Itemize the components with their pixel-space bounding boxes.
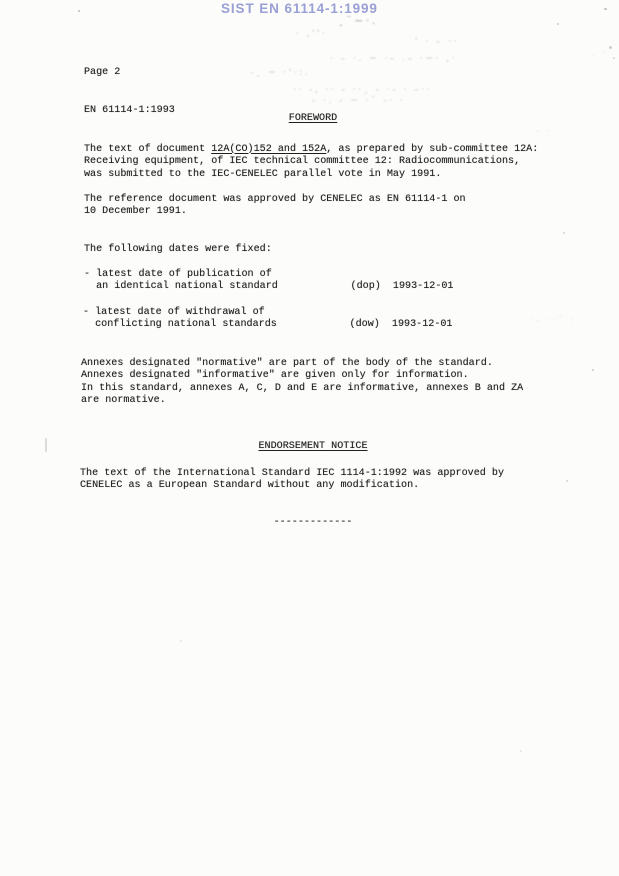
foreword-paragraph-2: The reference document was approved by C… xyxy=(84,194,466,219)
foreword-paragraph-1-line-1: The text of document 12A(CO)152 and 152A… xyxy=(84,144,538,157)
scanned-document-page: SIST EN 61114-1:1999 · ‚''· ¸¨~·. ' · – … xyxy=(0,0,619,876)
scan-noise: · ‚''· xyxy=(296,29,327,39)
dates-intro: The following dates were fixed: xyxy=(84,244,272,257)
scan-noise: · · xyxy=(536,127,552,137)
scan-speck xyxy=(592,369,594,371)
p1-prefix: The text of document xyxy=(84,144,211,155)
scan-noise: - ·. - ~ ·¨ -· · xyxy=(312,96,405,106)
scan-speck xyxy=(604,8,607,10)
endorsement-paragraph: The text of the International Standard I… xyxy=(80,468,504,493)
scan-noise: ·- ··¨ · xyxy=(531,316,576,326)
document-reference: 12A(CO)152 and 152A xyxy=(211,144,326,155)
scan-noise: ·· -, ·· - ··¸ - ·- · –·· xyxy=(293,85,432,95)
p1-suffix: , as prepared by sub-committee 12A: xyxy=(326,144,538,155)
dow-item: - latest date of withdrawal of conflicti… xyxy=(83,307,453,332)
endorsement-title: ENDORSEMENT NOTICE xyxy=(258,441,367,452)
endorsement-heading-row: ENDORSEMENT NOTICE xyxy=(0,435,619,454)
separator-row: ------------- xyxy=(0,511,619,530)
page-header: Page 2 EN 61114-1:1993 xyxy=(84,42,175,143)
foreword-title: FOREWORD xyxy=(289,113,337,124)
scan-noise: . · xyxy=(592,49,608,59)
scan-speck xyxy=(180,640,182,642)
scan-speck xyxy=(557,23,559,25)
scan-speck xyxy=(78,10,80,12)
foreword-heading-row: FOREWORD xyxy=(0,107,619,126)
scan-speck xyxy=(520,750,522,752)
dop-item: - latest date of publication of an ident… xyxy=(84,269,454,294)
page-number: Page 2 xyxy=(84,67,175,80)
scan-speck xyxy=(613,57,615,59)
scan-noise: -¸ ~ ·'·:. xyxy=(250,68,310,78)
scan-speck xyxy=(563,232,565,234)
scan-noise: ¸¨~·. xyxy=(338,14,378,27)
scan-noise: ' · – ·· xyxy=(415,37,459,47)
scan-speck xyxy=(566,480,568,482)
dashed-separator: ------------- xyxy=(274,517,353,528)
annexes-paragraph: Annexes designated "normative" are part … xyxy=(81,358,523,409)
scan-noise: · – ·. ~ ·– .– ·~· ,· xyxy=(330,54,457,64)
foreword-paragraph-1-rest: Receiving equipment, of IEC technical co… xyxy=(84,156,520,181)
scan-speck xyxy=(609,46,612,49)
